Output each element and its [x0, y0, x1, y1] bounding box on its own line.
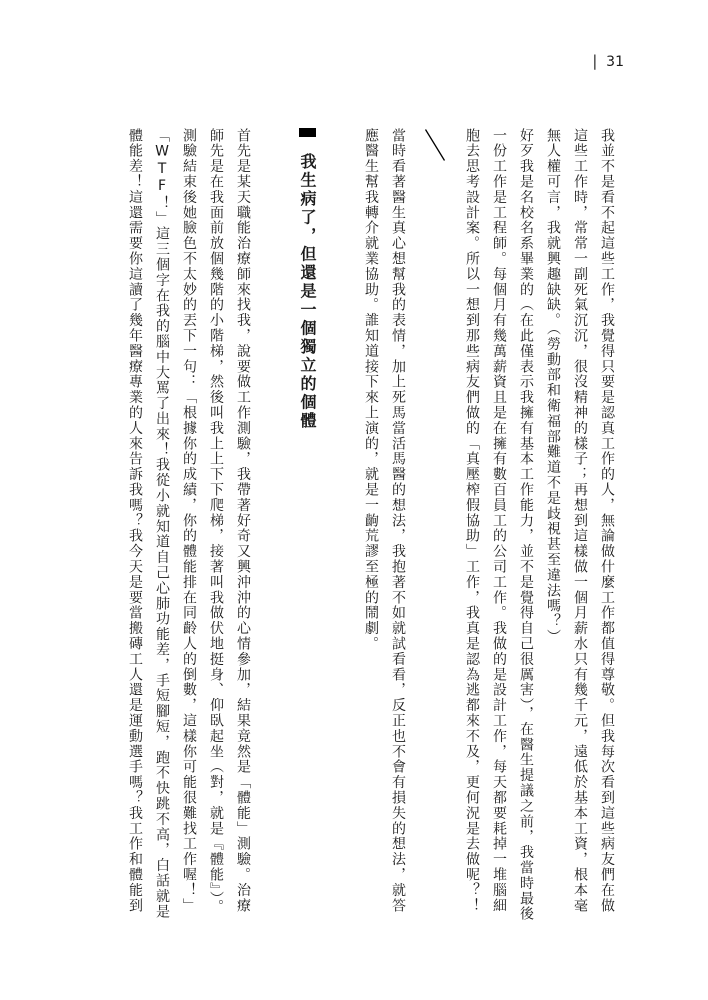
- book-page: | 31 我並不是看不起這些工作，我覺得只要是認真工作的人，無論做什麼工作都值得…: [0, 0, 708, 1000]
- folio-divider: |: [592, 54, 597, 71]
- open-quote: 「: [154, 128, 170, 143]
- page-number-value: 31: [606, 54, 624, 70]
- paragraph: 我並不是看不起這些工作，我覺得只要是認真工作的人，無論做什麼工作都值得尊敬。但我…: [539, 128, 620, 928]
- latin-acronym: WTF: [154, 143, 170, 195]
- heading-marker-icon: [299, 128, 316, 137]
- paragraph: 首先是某天職能治療師來找我，說要做工作測驗，我帶著好奇又興沖沖的心情參加，結果竟…: [175, 128, 256, 928]
- page-number: | 31: [592, 54, 624, 70]
- paragraph: 當時看著醫生真心想幫我的表情，加上死馬當活馬醫的想法，我抱著不如就試看看，反正也…: [357, 128, 411, 928]
- paragraph: 好歹我是名校名系畢業的（在此僅表示我擁有基本工作能力，並不是覺得自己很厲害），在…: [458, 128, 539, 928]
- section-break-icon: [424, 128, 446, 162]
- paragraph: 「WTF！」這三個字在我的腦中大罵了出來！我從小就知道自己心肺功能差，手短腳短，…: [121, 128, 175, 928]
- vertical-text-body: 我並不是看不起這些工作，我覺得只要是認真工作的人，無論做什麼工作都值得尊敬。但我…: [121, 128, 620, 928]
- paragraph-text: ！」這三個字在我的腦中大罵了出來！我從小就知道自己心肺功能差，手短腳短，跑不快跳…: [127, 128, 170, 919]
- section-heading-text: 我生病了，但還是一個獨立的個體: [298, 153, 317, 431]
- section-break: [421, 128, 448, 928]
- section-heading: 我生病了，但還是一個獨立的個體: [294, 128, 321, 928]
